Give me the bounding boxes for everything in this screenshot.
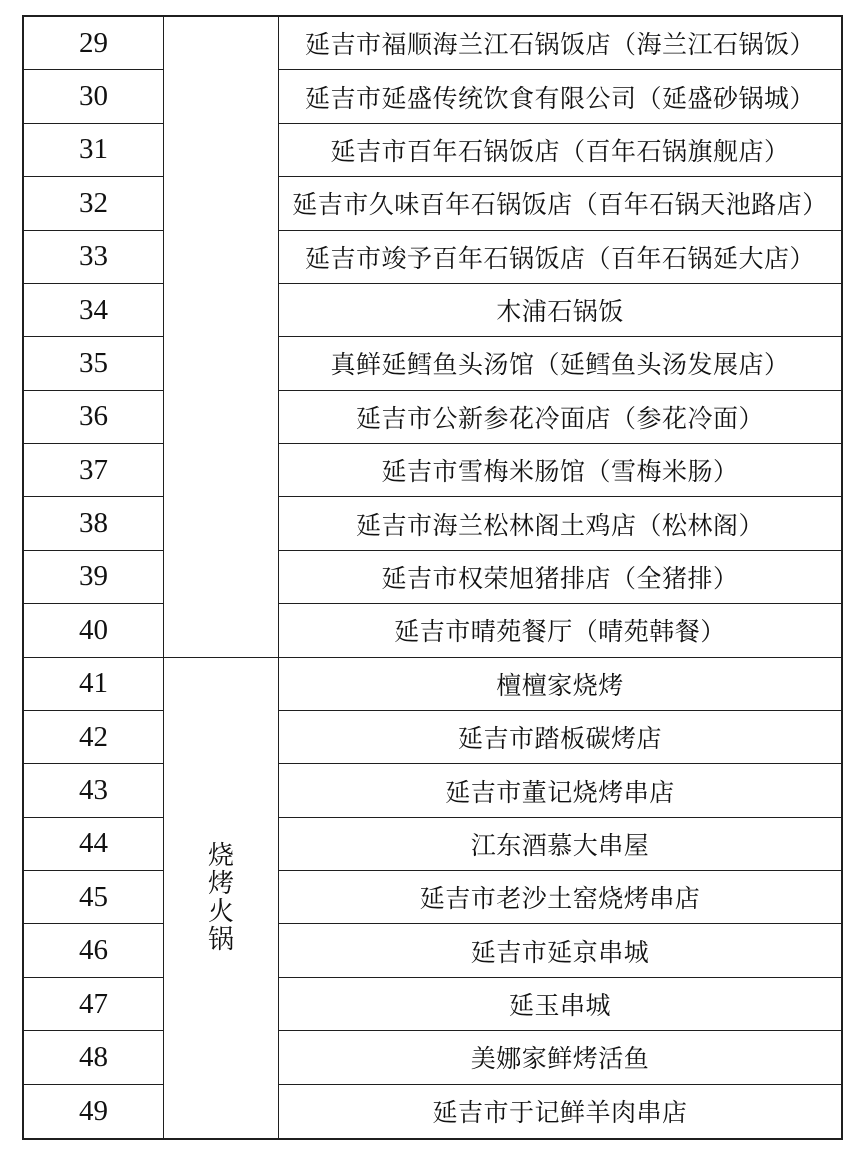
row-number-cell: 30	[24, 70, 164, 123]
row-number-cell: 43	[24, 764, 164, 817]
restaurant-name-cell: 延吉市久味百年石锅饭店（百年石锅天池路店）	[279, 177, 841, 230]
restaurant-name-cell: 延吉市延京串城	[279, 924, 841, 977]
category-label: 烧烤火锅	[207, 842, 234, 954]
restaurant-name-cell: 延吉市老沙土窑烧烤串店	[279, 871, 841, 924]
restaurant-name-cell: 延吉市公新参花冷面店（参花冷面）	[279, 391, 841, 444]
restaurant-name-cell: 真鲜延鳕鱼头汤馆（延鳕鱼头汤发展店）	[279, 337, 841, 390]
row-number-cell: 48	[24, 1031, 164, 1084]
row-number-cell: 45	[24, 871, 164, 924]
restaurant-name-cell: 美娜家鲜烤活鱼	[279, 1031, 841, 1084]
row-number-cell: 47	[24, 978, 164, 1031]
restaurant-name-cell: 延吉市雪梅米肠馆（雪梅米肠）	[279, 444, 841, 497]
row-number-cell: 34	[24, 284, 164, 337]
restaurant-name-cell: 延吉市权荣旭猪排店（全猪排）	[279, 551, 841, 604]
row-number-cell: 39	[24, 551, 164, 604]
row-number-cell: 41	[24, 658, 164, 711]
row-number-cell: 31	[24, 124, 164, 177]
row-number-cell: 46	[24, 924, 164, 977]
restaurant-name-cell: 延吉市晴苑餐厅（晴苑韩餐）	[279, 604, 841, 657]
restaurant-name-cell: 江东酒慕大串屋	[279, 818, 841, 871]
restaurant-name-cell: 延吉市竣予百年石锅饭店（百年石锅延大店）	[279, 231, 841, 284]
restaurant-name-cell: 木浦石锅饭	[279, 284, 841, 337]
row-number-cell: 42	[24, 711, 164, 764]
row-number-cell: 29	[24, 17, 164, 70]
restaurant-name-cell: 延吉市海兰松林阁土鸡店（松林阁）	[279, 497, 841, 550]
restaurant-name-cell: 檀檀家烧烤	[279, 658, 841, 711]
document-page: 29延吉市福顺海兰江石锅饭店（海兰江石锅饭）30延吉市延盛传统饮食有限公司（延盛…	[0, 0, 862, 1156]
restaurant-name-cell: 延吉市百年石锅饭店（百年石锅旗舰店）	[279, 124, 841, 177]
restaurant-name-cell: 延吉市于记鲜羊肉串店	[279, 1085, 841, 1138]
row-number-cell: 36	[24, 391, 164, 444]
restaurant-table: 29延吉市福顺海兰江石锅饭店（海兰江石锅饭）30延吉市延盛传统饮食有限公司（延盛…	[22, 15, 843, 1140]
row-number-cell: 49	[24, 1085, 164, 1138]
restaurant-name-cell: 延吉市延盛传统饮食有限公司（延盛砂锅城）	[279, 70, 841, 123]
row-number-cell: 44	[24, 818, 164, 871]
row-number-cell: 33	[24, 231, 164, 284]
row-number-cell: 35	[24, 337, 164, 390]
row-number-cell: 40	[24, 604, 164, 657]
restaurant-name-cell: 延吉市董记烧烤串店	[279, 764, 841, 817]
category-cell: 烧烤火锅	[164, 658, 279, 1138]
row-number-cell: 37	[24, 444, 164, 497]
row-number-cell: 38	[24, 497, 164, 550]
restaurant-name-cell: 延吉市福顺海兰江石锅饭店（海兰江石锅饭）	[279, 17, 841, 70]
restaurant-name-cell: 延吉市踏板碳烤店	[279, 711, 841, 764]
category-cell	[164, 17, 279, 658]
row-number-cell: 32	[24, 177, 164, 230]
restaurant-name-cell: 延玉串城	[279, 978, 841, 1031]
